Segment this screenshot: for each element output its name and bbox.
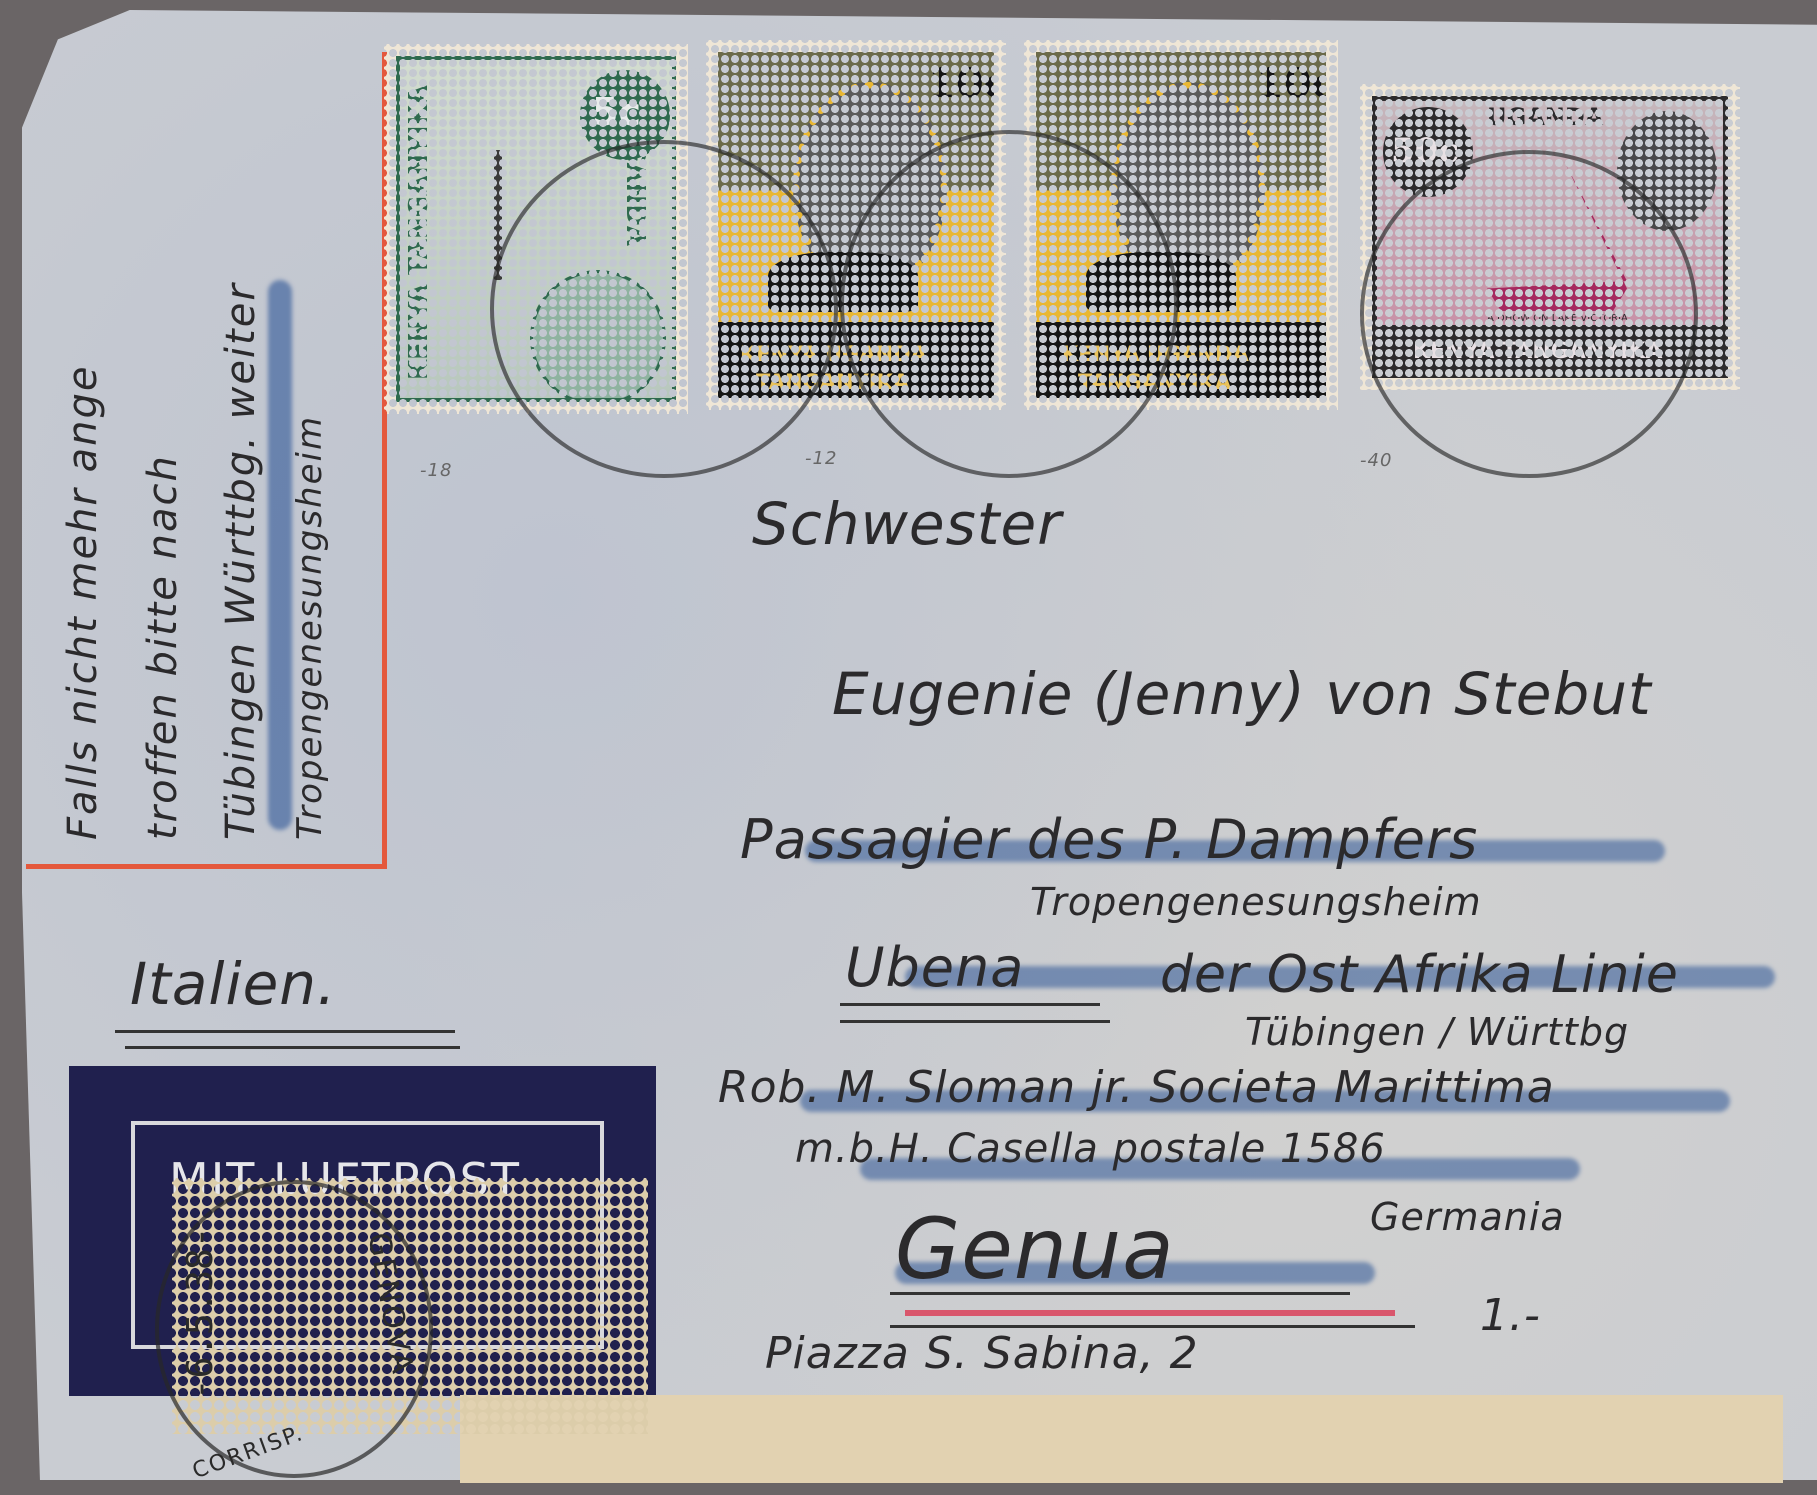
underline-genua-black [890,1292,1350,1295]
side-note-line-2: troffen bitte nach [140,454,186,840]
address-line-1: Schwester [752,490,1062,558]
address-line-3-correction: Tropengenesungsheim [1030,880,1482,924]
address-line-4: Ubena [845,936,1024,999]
address-line-5: Rob. M. Sloman jr. Societa Marittima [718,1062,1555,1113]
stamp-10c-2-value: 10c [1256,60,1326,107]
stamp-50c-country: UGANDA [1487,103,1603,131]
address-line-2: Eugenie (Jenny) von Stebut [832,660,1652,728]
address-line-4b: der Ost Afrika Linie [1160,945,1679,1005]
underline-destination-1 [115,1030,455,1033]
stamp-5c-value: 5c [592,90,641,134]
side-note-line-4: Tropengenesungsheim [290,415,330,840]
underline-destination-2 [125,1046,460,1049]
address-line-3: Passagier des P. Dampfers [740,808,1478,871]
tan-paper-strip [460,1395,1783,1483]
underline-ubena-2 [840,1020,1110,1023]
destination-country: Italien. [130,950,337,1018]
address-line-7: Genua [895,1200,1175,1298]
postmark-1 [490,140,838,478]
address-line-6: m.b.H. Casella postale 1586 [795,1126,1386,1172]
cancel-mark-3: -40 [1360,450,1392,471]
receiving-date: -6.5.38- [180,1227,221,1400]
side-note-line-3: Tübingen Württbg. weiter [218,282,264,840]
stamp-10c-1-value: 10c [928,60,994,107]
address-line-8: Piazza S. Sabina, 2 [765,1328,1199,1379]
underline-genua-red [905,1310,1395,1316]
address-fee: 1.- [1480,1290,1541,1341]
stamp-5c-country: KENYA TANGANYIKA [404,85,434,380]
postmark-2 [840,130,1178,478]
stamp-50c-value: 50c [1391,131,1459,171]
side-note-line-1: Falls nicht mehr ange [60,365,106,840]
address-line-6-correction: Germania [1370,1195,1565,1239]
cancel-mark-1: -18 [420,460,452,481]
underline-ubena-1 [840,1003,1100,1006]
postmark-3 [1360,150,1698,478]
address-line-4-correction: Tübingen / Württbg [1245,1010,1629,1054]
blue-crayon-mark [268,280,292,830]
cancel-mark-2: -12 [805,448,837,469]
